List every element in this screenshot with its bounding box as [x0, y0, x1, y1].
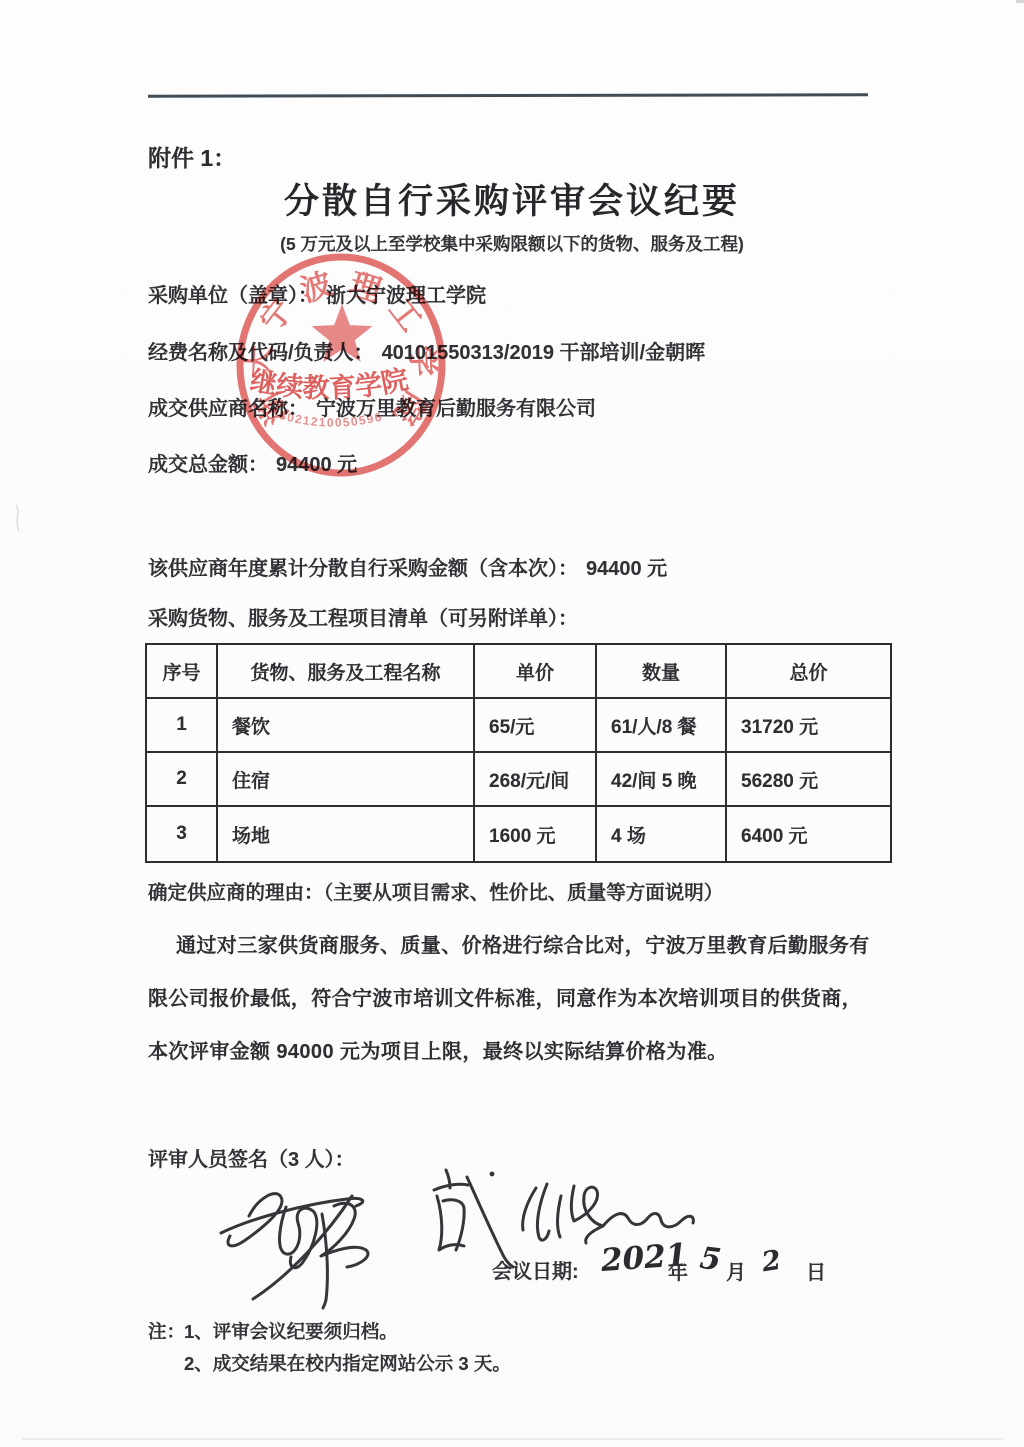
table-header-cell: 总价: [727, 645, 890, 699]
seal-ring-char: 理: [345, 266, 385, 309]
table-header-cell: 数量: [597, 645, 727, 699]
table-header-cell: 货物、服务及工程名称: [218, 645, 475, 699]
table-cell: 65/元: [475, 699, 597, 753]
field-cumulative-amount: 该供应商年度累计分散自行采购金额（含本次）： 94400 元: [148, 552, 667, 581]
handwritten-day: 2: [760, 1245, 783, 1279]
note-line: 2、成交结果在校内指定网站公示 3 天。: [184, 1350, 511, 1376]
table-cell: 2: [147, 753, 218, 807]
table-cell: 56280 元: [727, 753, 890, 807]
pencil-mark-artifact: [16, 505, 19, 531]
table-cell: 6400 元: [727, 807, 890, 861]
table-cell: 场地: [218, 807, 475, 861]
items-table: 序号货物、服务及工程名称单价数量总价1餐饮65/元61/人/8 餐31720 元…: [145, 643, 892, 863]
table-cell: 餐饮: [218, 699, 475, 753]
scan-artifact-corner: [1016, 0, 1024, 3]
table-cell: 1: [147, 699, 218, 753]
signature-2: [434, 1170, 513, 1267]
note-line: 1、评审会议纪要须归档。: [184, 1318, 398, 1344]
document-subtitle: (5 万元及以上至学校集中采购限额以下的货物、服务及工程): [0, 231, 1024, 256]
reason-paragraph-line: 通过对三家供货商服务、质量、价格进行综合比对，宁波万里教育后勤服务有: [176, 929, 870, 958]
document-title: 分散自行采购评审会议纪要: [0, 174, 1024, 224]
year-unit: 年: [668, 1256, 688, 1285]
reviewers-signature-label: 评审人员签名（3 人）：: [148, 1143, 355, 1172]
table-header-cell: 单价: [475, 645, 597, 699]
items-list-title: 采购货物、服务及工程项目清单（可另附详单）：: [148, 602, 578, 631]
table-header-cell: 序号: [147, 645, 218, 699]
field-label: 该供应商年度累计分散自行采购金额（含本次）：: [148, 552, 578, 581]
seal-ring-char: 学: [404, 345, 441, 378]
signature-3: [523, 1184, 694, 1243]
seal-star-icon: [312, 304, 373, 362]
table-cell: 住宿: [218, 753, 475, 807]
reason-paragraph-line: 限公司报价最低，符合宁波市培训文件标准，同意作为本次培训项目的供货商，: [148, 982, 862, 1011]
notes-label: 注：: [148, 1318, 185, 1344]
field-value: 94400 元: [586, 552, 667, 581]
table-cell: 1600 元: [475, 807, 597, 861]
reason-paragraph-line: 本次评审金额 94000 元为项目上限，最终以实际结算价格为准。: [148, 1035, 728, 1064]
footer-scan-line: [22, 1438, 1004, 1440]
table-cell: 42/间 5 晚: [597, 753, 727, 807]
meeting-date-label: 会议日期:: [492, 1255, 579, 1284]
seal-ring-char: 波: [297, 266, 337, 309]
signature-1: [221, 1194, 368, 1308]
scanned-document-page: 附件 1： 分散自行采购评审会议纪要 (5 万元及以上至学校集中采购限额以下的货…: [0, 0, 1024, 1447]
items-list-title-text: 采购货物、服务及工程项目清单（可另附详单）：: [148, 602, 578, 631]
table-cell: 4 场: [597, 807, 727, 861]
seal-org-text: 继续教育学院: [248, 364, 411, 403]
month-unit: 月: [726, 1256, 746, 1285]
table-cell: 268/元/间: [475, 753, 597, 807]
reason-title: 确定供应商的理由：（主要从项目需求、性价比、质量等方面说明）: [148, 877, 723, 905]
official-seal-stamp: 浙大宁波理工学院 继续教育学院 33021210050596: [231, 250, 453, 482]
table-cell: 3: [147, 807, 218, 861]
table-cell: 31720 元: [727, 699, 890, 753]
attachment-label: 附件 1：: [148, 140, 236, 173]
table-cell: 61/人/8 餐: [597, 699, 727, 753]
handwritten-month: 5: [698, 1241, 723, 1278]
header-rule: [148, 93, 868, 98]
day-unit: 日: [806, 1256, 826, 1285]
